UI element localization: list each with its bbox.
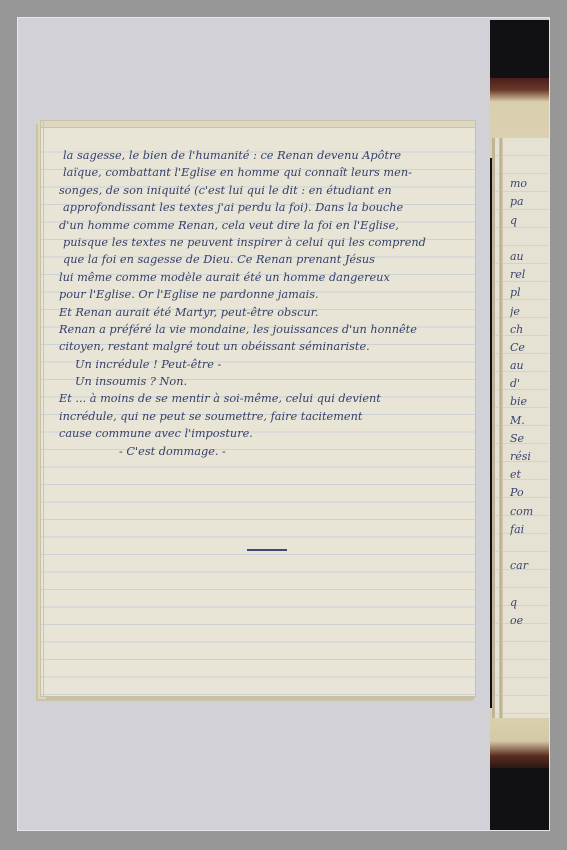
facing-line: pa [510, 193, 550, 211]
manuscript-line: la sagesse, le bien de l'humanité : ce R… [59, 147, 469, 164]
manuscript-line: approfondissant les textes j'ai perdu la… [59, 199, 469, 216]
manuscript-line: Et ... à moins de se mentir à soi-même, … [59, 390, 469, 407]
facing-line: M. [510, 412, 550, 430]
facing-line: Ce [510, 339, 550, 357]
facing-page-text: mo pa q au rel pl je ch Ce au d' bie M. … [510, 157, 550, 630]
manuscript-line: cause commune avec l'imposture. [59, 425, 469, 442]
facing-line: rési [510, 448, 550, 466]
page-bottom-edge [46, 697, 474, 700]
facing-line: et [510, 466, 550, 484]
facing-line: q [510, 212, 550, 230]
facing-line: oe [510, 612, 550, 630]
page-margin-line [43, 121, 44, 696]
facing-line: Se [510, 430, 550, 448]
manuscript-line: songes, de son iniquité (c'est lui qui l… [59, 182, 469, 199]
facing-line: rel [510, 266, 550, 284]
facing-line: fai [510, 521, 550, 539]
facing-line [510, 230, 550, 248]
manuscript-line: d'un homme comme Renan, cela veut dire l… [59, 217, 469, 234]
manuscript-line: Renan a préféré la vie mondaine, les jou… [59, 321, 469, 338]
facing-line: au [510, 357, 550, 375]
facing-line: je [510, 303, 550, 321]
closing-rule [247, 549, 287, 551]
manuscript-line: puisque les textes ne peuvent inspirer à… [59, 234, 469, 251]
manuscript-line: laïque, combattant l'Eglise en homme qui… [59, 164, 469, 181]
manuscript-line: lui même comme modèle aurait été un homm… [59, 269, 469, 286]
facing-line: ch [510, 321, 550, 339]
facing-line [510, 539, 550, 557]
manuscript-line: incrédule, qui ne peut se soumettre, fai… [59, 408, 469, 425]
facing-line: Po [510, 484, 550, 502]
manuscript-text: la sagesse, le bien de l'humanité : ce R… [59, 147, 469, 460]
facing-line: q [510, 594, 550, 612]
facing-line: d' [510, 375, 550, 393]
facing-line: car [510, 557, 550, 575]
facing-line: pl [510, 284, 550, 302]
facing-line: bie [510, 393, 550, 411]
facing-line: mo [510, 175, 550, 193]
manuscript-line: que la foi en sagesse de Dieu. Ce Renan … [59, 251, 469, 268]
manuscript-line: Et Renan aurait été Martyr, peut-être ob… [59, 304, 469, 321]
manuscript-closing-line: - C'est dommage. - [59, 443, 469, 460]
facing-line: com [510, 503, 550, 521]
manuscript-line: Un insoumis ? Non. [59, 373, 469, 390]
manuscript-line: Un incrédule ! Peut-être - [59, 356, 469, 373]
manuscript-line: citoyen, restant malgré tout un obéissan… [59, 338, 469, 355]
facing-line [510, 575, 550, 593]
page-top-edge [41, 121, 475, 128]
manuscript-page: la sagesse, le bien de l'humanité : ce R… [40, 120, 476, 697]
facing-line: au [510, 248, 550, 266]
facing-line [510, 157, 550, 175]
page-fold [499, 138, 503, 718]
manuscript-line: pour l'Eglise. Or l'Eglise ne pardonne j… [59, 286, 469, 303]
